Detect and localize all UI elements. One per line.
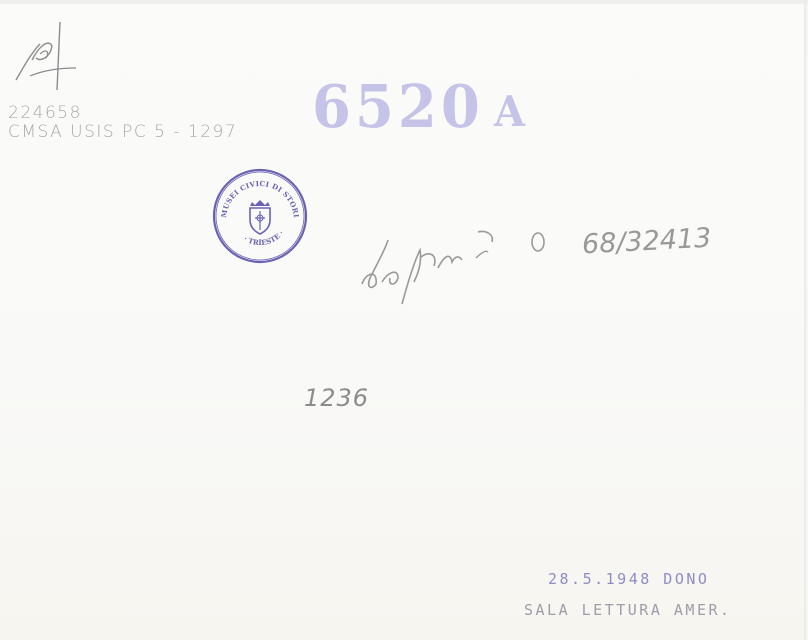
catalog-stamp: 6520 A [312, 72, 484, 141]
inventory-block: 224658 CMSA USIS PC 5 - 1297 [8, 104, 237, 142]
initials-signature [10, 18, 80, 90]
handwritten-doppio [358, 212, 558, 312]
photo-reverse-sheet: 224658 CMSA USIS PC 5 - 1297 6520 A MUSE… [0, 4, 806, 640]
catalog-number: 6520 [312, 72, 484, 141]
museum-seal-icon: MUSEI CIVICI DI STORIA ED ARTE E DEL RIS… [212, 168, 308, 264]
handwritten-code: 68/32413 [581, 223, 712, 261]
inventory-reference: CMSA USIS PC 5 - 1297 [8, 123, 237, 142]
svg-text:MUSEI CIVICI DI STORIA ED ARTE: MUSEI CIVICI DI STORIA ED ARTE E DEL RIS… [212, 168, 301, 218]
catalog-letter: A [494, 87, 529, 136]
inventory-number: 224658 [8, 104, 237, 123]
pencil-number: 1236 [304, 384, 369, 412]
donation-date-stamp: 28.5.1948 DONO [548, 570, 709, 588]
reading-room-stamp: SALA LETTURA AMER. [524, 601, 732, 619]
